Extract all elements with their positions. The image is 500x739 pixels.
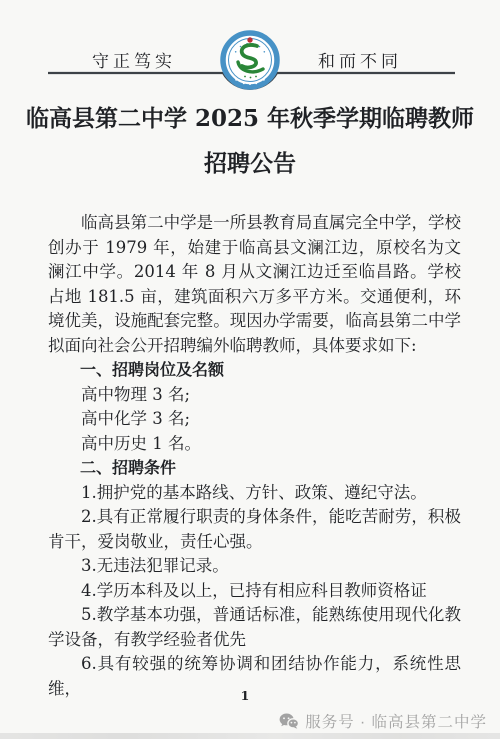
condition-item: 2.具有正常履行职责的身体条件，能吃苦耐劳，积极肯干，爱岗敬业，责任心强。 xyxy=(48,505,461,554)
page-title: 临高县第二中学 2025 年秋季学期临聘教师 招聘公告 xyxy=(0,96,500,186)
section-heading-positions: 一、招聘岗位及名额 xyxy=(48,358,461,383)
intro-paragraph: 临高县第二中学是一所县教育局直属完全中学，学校创办于 1979 年，始建于临高县… xyxy=(48,211,461,358)
document-page: 守正笃实 和而不同 临高县第二中学 2025 年秋季学期临聘教师 招聘公告 临高… xyxy=(0,0,500,739)
page-number: 1 xyxy=(0,688,490,703)
condition-item: 5.教学基本功强，普通话标准，能熟练使用现代化教学设备，有教学经验者优先 xyxy=(48,603,461,652)
page-title-line2: 招聘公告 xyxy=(0,141,500,186)
condition-item: 3.无违法犯罪记录。 xyxy=(48,554,461,579)
condition-item: 4.学历本科及以上，已持有相应科目教师资格证 xyxy=(48,579,461,604)
page-bottom-edge xyxy=(0,733,500,739)
service-account-label: 服务号 · 临高县第二中学 xyxy=(305,710,487,732)
section-heading-conditions: 二、招聘条件 xyxy=(48,456,461,481)
header-rule-and-emblem xyxy=(0,0,500,100)
page-title-line1: 临高县第二中学 2025 年秋季学期临聘教师 xyxy=(0,96,500,141)
motto-right: 和而不同 xyxy=(318,47,402,72)
emblem-red-crest xyxy=(247,37,252,42)
position-item: 高中历史 1 名。 xyxy=(48,432,461,457)
position-item: 高中物理 3 名; xyxy=(48,383,461,408)
service-account-watermark: 服务号 · 临高县第二中学 xyxy=(279,710,487,732)
document-body: 临高县第二中学是一所县教育局直属完全中学，学校创办于 1979 年，始建于临高县… xyxy=(48,211,461,701)
motto-left: 守正笃实 xyxy=(92,47,176,72)
wechat-icon xyxy=(279,713,299,729)
condition-item: 1.拥护党的基本路线、方针、政策、遵纪守法。 xyxy=(48,481,461,506)
school-emblem-icon xyxy=(223,33,277,87)
position-item: 高中化学 3 名; xyxy=(48,407,461,432)
